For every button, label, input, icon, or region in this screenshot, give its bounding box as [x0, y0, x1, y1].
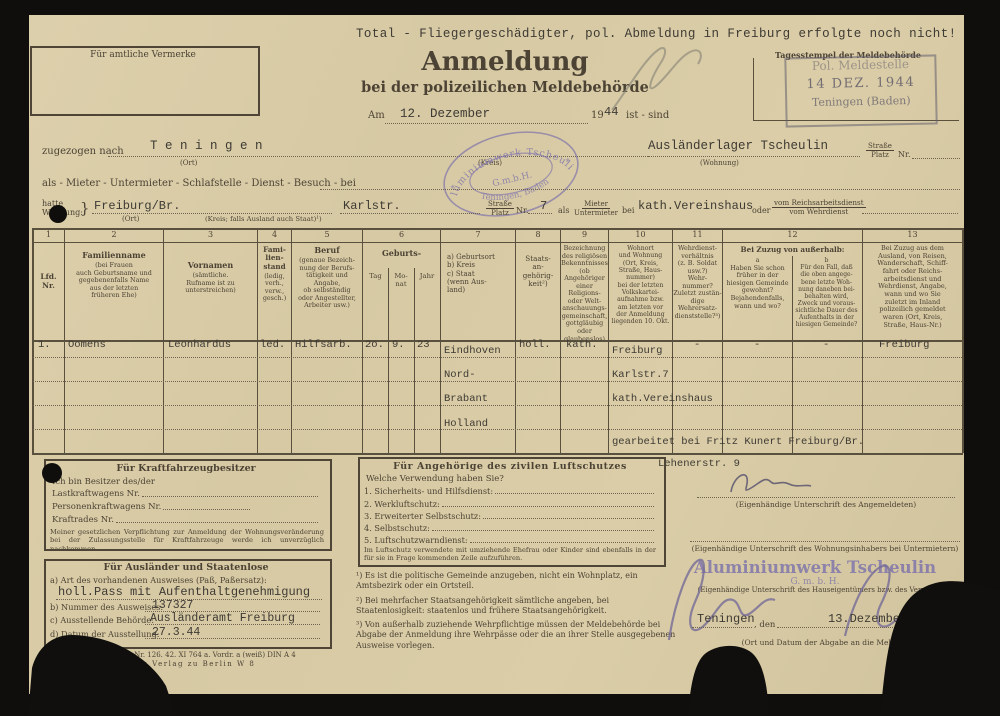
- cell-zuzug-a: -: [754, 339, 760, 351]
- stamp-corner-left-line: [753, 58, 754, 120]
- registrant-signature: [725, 462, 815, 498]
- cell-geb-jahr: 23: [417, 339, 430, 351]
- bei-value: kath.Vereinshaus: [638, 199, 753, 213]
- publisher-mark-icon: ⚜: [42, 648, 55, 666]
- col-header-geburt-monat: Mo- nat: [388, 272, 414, 288]
- cell-familienname: Oomens: [68, 339, 106, 351]
- cell-geb-tag: 2o.: [365, 339, 384, 351]
- cell-beruf: Hilfsarb.: [295, 339, 352, 351]
- kfz-owner-line: Ich bin Besitzer des/der: [52, 477, 155, 487]
- hatte-nr-value: 7: [540, 199, 547, 213]
- submission-place-date-line: , den 19: [690, 620, 960, 630]
- footnote-3: ³) Von außerhalb zuziehende Wehrpflichti…: [356, 620, 680, 651]
- cell-bekenntnis: kath.: [566, 339, 598, 351]
- col-header-zuzug-b: b Für den Fall, daß die oben angege- ben…: [792, 257, 861, 328]
- submission-caption: (Ort und Datum der Abgabe an die Meldebe…: [716, 638, 960, 647]
- col-header-wehrdienst: 11 Wehrdienst- verhältnis (z. B. Soldat …: [673, 228, 722, 340]
- official-remarks-label: Für amtliche Vermerke: [32, 50, 254, 60]
- company-oval-stamp: Aluminiumwerk Tscheulin Teningen, Baden …: [427, 110, 595, 237]
- oder-label: oder: [752, 206, 771, 215]
- wohnung-caption: (Wohnung): [700, 159, 739, 167]
- arrival-date-value: 12. Dezember: [400, 107, 490, 121]
- oval-stamp-top-text: Aluminiumwerk Tscheulin: [442, 135, 577, 200]
- sig1-caption: (Eigenhändige Unterschrift des Angemelde…: [697, 500, 955, 509]
- col-header-geburt-tag: Tag: [363, 272, 388, 288]
- page-title: Anmeldung: [380, 47, 630, 77]
- col-header-familienstand: 4 Fami- lien- stand (ledig, verh., verw.…: [258, 228, 291, 340]
- col-header-familienname: 2 Familienname (bei Frauen auch Geburtsn…: [65, 228, 163, 340]
- col-header-zuzug-ausland: 13 Bei Zuzug aus dem Ausland, von Reisen…: [863, 228, 962, 340]
- hatte-street-value: Karlstr.: [343, 199, 401, 213]
- year-printed: 19: [591, 110, 604, 121]
- col-header-geburtsort: 7 a) Geburtsort b) Kreis c) Staat (wenn …: [441, 228, 515, 340]
- cell-geburtsort: Eindhoven Nord- Brabant Holland: [444, 339, 501, 436]
- cell-letzte-meldung: Freiburg: [879, 339, 929, 351]
- police-stamp-line3: Teningen (Baden): [787, 93, 935, 109]
- hatte-ort-value: Freiburg/Br.: [94, 199, 180, 213]
- wohnung-label: Wohnung:: [42, 208, 83, 217]
- luftschutz-title: Für Angehörige des zivilen Luftschutzes: [360, 461, 660, 472]
- cell-zuzug-b: -: [823, 339, 829, 351]
- police-stamp-line2: 14 DEZ. 1944: [787, 74, 935, 92]
- auslaender-d-label: d) Datum der Ausstellung:: [50, 629, 160, 639]
- police-date-stamp: Pol. Meldestelle 14 DEZ. 1944 Teningen (…: [784, 54, 937, 127]
- nr-caption: Nr.: [898, 150, 911, 159]
- svg-text:Aluminiumwerk Tscheulin: Aluminiumwerk Tscheulin: [442, 135, 577, 200]
- am-label: Am: [368, 110, 385, 121]
- luftschutz-question: Welche Verwendung haben Sie?: [366, 474, 504, 484]
- hatte-ort-caption: (Ort): [122, 215, 139, 223]
- auslaender-a-value: holl.Pass mit Aufenthaltgenehmigung: [58, 585, 310, 599]
- wohnung-value: Ausländerlager Tscheulin: [648, 139, 828, 153]
- year-value: 44: [604, 105, 618, 119]
- bei-label: bei: [622, 206, 634, 215]
- kfz-car-line: Personenkraftwagens Nr.: [52, 502, 252, 512]
- kfz-note: Meiner gesetzlichen Verpflichtung zur An…: [50, 528, 324, 553]
- cell-staat: holl.: [519, 339, 551, 351]
- col-header-wohnort: 10 Wohnort und Wohnung (Ort, Kreis, Stra…: [609, 228, 672, 340]
- luftschutz-item-2: 2. Werkluftschutz:: [364, 499, 656, 509]
- luftschutz-item-4: 4. Selbstschutz:: [364, 523, 656, 533]
- footer-line1: Vordruck N. Pol. Nr. 126. 42. XI 764 a. …: [74, 651, 296, 659]
- col-header-zuzug-a: a Haben Sie schon früher in der hiesigen…: [723, 257, 792, 328]
- zugezogen-value: T e n i n g e n: [150, 139, 263, 153]
- hatte-nr-caption: Nr.: [516, 206, 529, 215]
- rad-wehr-caption: vom Reichsarbeitsdienstvom Wehrdienst: [772, 199, 866, 217]
- scan-frame-right: [964, 0, 1000, 716]
- auslaender-a-label: a) Art des vorhandenen Ausweises (Paß, P…: [50, 575, 267, 585]
- footer-line2: Carl Heymanns Verlag zu Berlin W 8: [74, 660, 255, 668]
- col-header-geburt-jahr: Jahr: [414, 272, 440, 288]
- scan-frame-left: [0, 0, 29, 716]
- luftschutz-note: Im Luftschutz verwendete mit umziehende …: [364, 547, 656, 563]
- oval-stamp-mid-text: G.m.b.H.: [492, 170, 534, 189]
- als-label: als: [558, 206, 569, 215]
- col-header-geburt: 6 Geburts- Tag Mo- nat Jahr: [363, 228, 440, 340]
- col-header-staatsangehoerigkeit: 8 Staats- an- gehörig- keit²): [516, 228, 560, 340]
- brace-glyph: }: [80, 199, 90, 217]
- strasse-platz-caption: StraßePlatz: [866, 142, 894, 159]
- cell-geb-monat: 9.: [392, 339, 405, 351]
- mieter-untermieter-caption: MieterUntermieter: [574, 200, 618, 217]
- kfz-truck-line: Lastkraftwagens Nr.: [52, 489, 320, 499]
- paper-sheet: Total - Fliegergeschädigter, pol. Abmeld…: [0, 0, 1000, 716]
- cell-wehrdienst: -: [694, 339, 700, 351]
- cell-vornamen: Leonhardus: [168, 339, 231, 351]
- cell-wohnort: Freiburg Karlstr.7 kath.Vereinshaus: [612, 339, 732, 412]
- footnote-1: ¹) Es ist die politische Gemeinde anzuge…: [356, 571, 680, 592]
- worked-at-line1: gearbeitet bei Fritz Kunert Freiburg/Br.: [612, 436, 864, 448]
- kfz-title: Für Kraftfahrzeugbesitzer: [46, 463, 326, 474]
- owner-signature: [655, 540, 945, 650]
- auslaender-title: Für Ausländer und Staatenlose: [46, 562, 326, 573]
- scanned-document: Total - Fliegergeschädigter, pol. Abmeld…: [0, 0, 1000, 716]
- auslaender-c-label: c) Ausstellende Behörde:: [50, 615, 154, 625]
- ort-caption: (Ort): [180, 159, 197, 167]
- kfz-bike-line: Kraftrades Nr.: [52, 515, 320, 525]
- ist-sind-label: ist - sind: [626, 110, 669, 121]
- luftschutz-item-1: 1. Sicherheits- und Hilfsdienst:: [364, 486, 656, 496]
- col-header-lfd: 1 Lfd. Nr.: [33, 228, 64, 340]
- hatte-label: hatte: [42, 199, 63, 208]
- luftschutz-item-5: 5. Luftschutzwarndienst:: [364, 535, 656, 545]
- cell-lfd: 1.: [38, 339, 51, 351]
- col-header-beruf: 5 Beruf (genaue Bezeich- nung der Berufs…: [292, 228, 362, 340]
- footnote-2: ²) Bei mehrfacher Staatsangehörigkeit sä…: [356, 596, 680, 617]
- col-header-zuzug-ausserhalb: 12 Bei Zuzug von außerhalb: a Haben Sie …: [723, 228, 862, 340]
- scan-frame-top: [0, 0, 1000, 15]
- als-mieter-line: als - Mieter - Untermieter - Schlafstell…: [42, 178, 356, 189]
- hatte-strasse-platz-caption: StraßePlatz: [486, 200, 514, 217]
- hatte-kreis-caption: (Kreis; falls Ausland auch Staat)¹): [205, 215, 322, 223]
- luftschutz-item-3: 3. Erweiterter Selbstschutz:: [364, 511, 656, 521]
- scan-frame-bottom: [0, 694, 1000, 716]
- col-header-vornamen: 3 Vornamen (sämtliche. Rufname ist zu un…: [164, 228, 257, 340]
- police-stamp-line1: Pol. Meldestelle: [786, 56, 934, 73]
- col-header-bekenntnis: 9 Bezeichnung des religiösen Bekenntniss…: [561, 228, 608, 340]
- cell-familienstand: led.: [260, 339, 285, 351]
